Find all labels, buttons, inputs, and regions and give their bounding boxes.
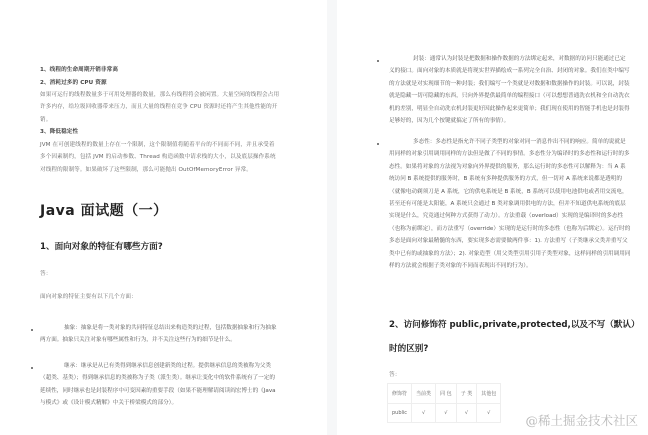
bullet-icon bbox=[377, 60, 379, 62]
table-header-cell: 其他包 bbox=[477, 384, 501, 404]
table-header-cell: 同 包 bbox=[436, 384, 457, 404]
watermark: @稀土掘金技术社区 bbox=[525, 411, 638, 429]
list-item: 1、线程的生命周期开销非常高 bbox=[40, 64, 290, 76]
list-item: 封装：通常认为封装是把数据和操作数据的方法绑定起来，对数据的访问只能通过已定义的… bbox=[389, 53, 631, 127]
document-page-right: 封装：通常认为封装是把数据和操作数据的方法绑定起来，对数据的访问只能通过已定义的… bbox=[337, 0, 648, 435]
bullet-icon bbox=[31, 329, 33, 331]
list-item: 多态性：多态性是指允许不同子类型的对象对同一消息作出不同的响应。简单的说就是用同… bbox=[389, 136, 631, 272]
document-page-left: 1、线程的生命周期开销非常高 2、消耗过多的 CPU 资源 如果可运行的线程数量… bbox=[0, 0, 327, 435]
question-heading: 2、访问修饰符 public,private,protected,以及不写（默认… bbox=[389, 318, 640, 330]
table-header-cell: 当前类 bbox=[412, 384, 436, 404]
paragraph: 如果可运行的线程数量多于可用处理器的数量，那么有线程将会被闲置。大量空闲的线程会… bbox=[40, 89, 280, 126]
list-item: 继承：继承是从已有类得到继承信息创建新类的过程。提供继承信息的类被称为父类（超类… bbox=[40, 360, 280, 410]
page-gutter bbox=[327, 0, 337, 435]
answer-label: 答： bbox=[40, 268, 51, 280]
table-header-cell: 修饰符 bbox=[388, 384, 412, 404]
table-header-cell: 子 类 bbox=[456, 384, 477, 404]
table-cell: √ bbox=[477, 404, 501, 423]
paragraph: JVM 在可创建线程的数量上存在一个限制，这个限制值将随着平台的不同而不同，并且… bbox=[40, 139, 280, 176]
answer-intro: 面向对象的特征主要有以下几个方面： bbox=[40, 291, 137, 303]
table-cell: √ bbox=[456, 404, 477, 423]
question-heading-cont: 时的区别? bbox=[389, 342, 428, 354]
list-item: 2、消耗过多的 CPU 资源 bbox=[40, 77, 290, 89]
table-row: public √ √ √ √ bbox=[388, 404, 501, 423]
bullet-icon bbox=[31, 367, 33, 369]
table-cell: public bbox=[388, 404, 412, 423]
table-cell: √ bbox=[436, 404, 457, 423]
list-item: 抽象：抽象是将一类对象的共同特征总结出来构造类的过程，包括数据抽象和行为抽象两方… bbox=[40, 322, 280, 347]
table-cell: √ bbox=[412, 404, 436, 423]
list-item: 3、降低稳定性 bbox=[40, 126, 290, 138]
answer-label: 答： bbox=[389, 369, 400, 381]
bullet-icon bbox=[377, 143, 379, 145]
table-header-row: 修饰符 当前类 同 包 子 类 其他包 bbox=[388, 384, 501, 404]
question-heading: 1、面向对象的特征有哪些方面? bbox=[40, 240, 163, 252]
section-title: Java 面试题（一） bbox=[40, 200, 168, 220]
access-modifier-table: 修饰符 当前类 同 包 子 类 其他包 public √ √ √ √ bbox=[387, 383, 501, 423]
